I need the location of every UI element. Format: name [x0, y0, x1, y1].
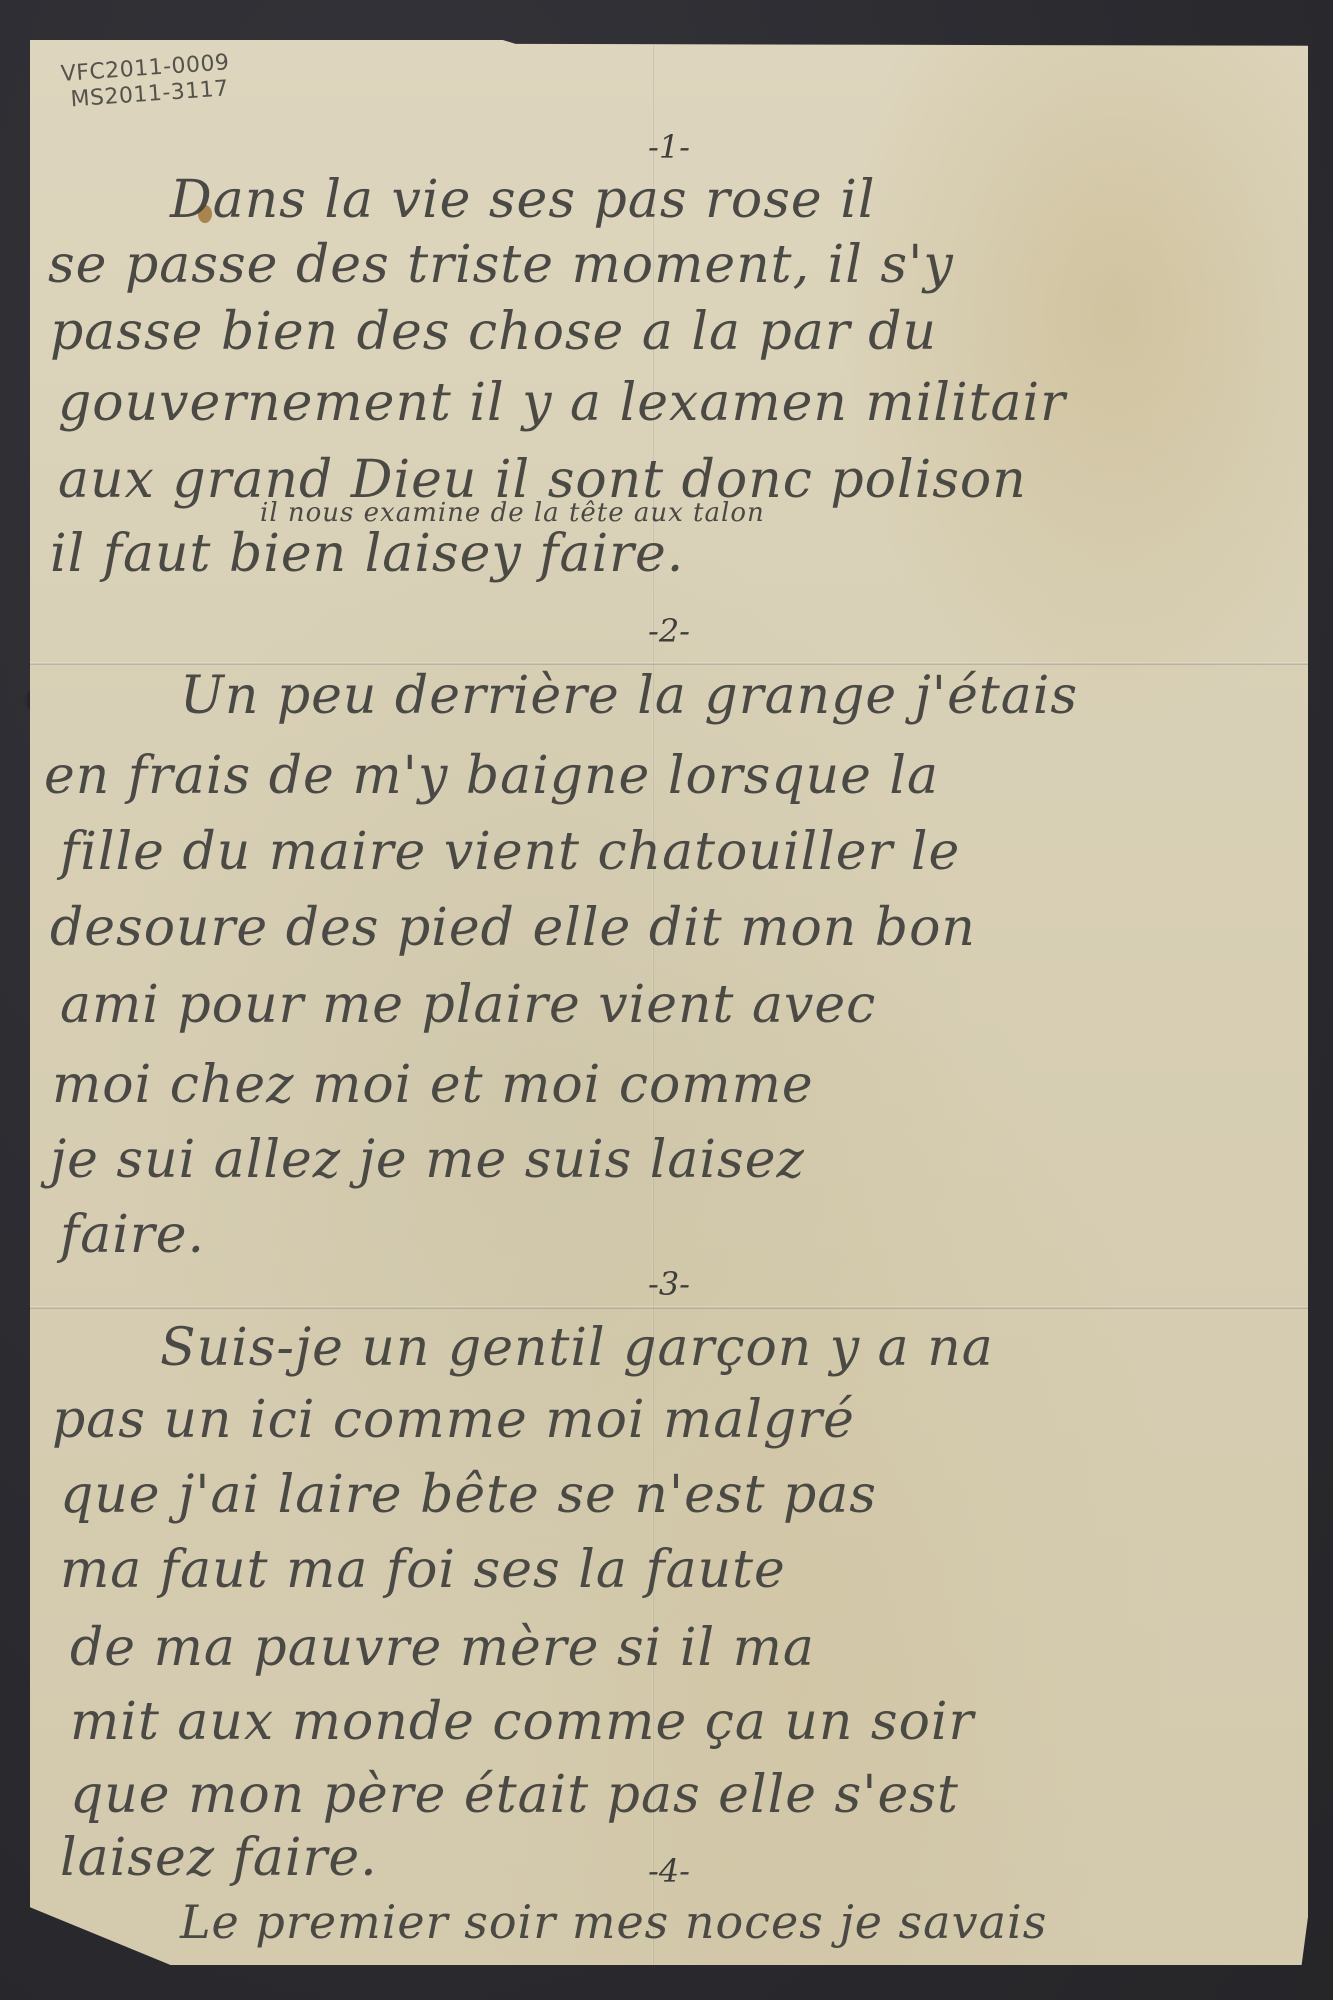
section-3-line-1: Suis-je un gentil garçon y a na: [160, 1318, 994, 1378]
section-number-3: -3-: [30, 1265, 1308, 1303]
section-number-4: -4-: [30, 1852, 1308, 1890]
section-1-line-1: Dans la vie ses pas rose il: [170, 170, 875, 230]
section-1-line-4: gouvernement il y a lexamen militair: [58, 373, 1066, 433]
horizontal-fold-crease-upper: [30, 662, 1308, 665]
section-2-line-1: Un peu derrière la grange j'étais: [180, 666, 1078, 726]
section-1-line-3: passe bien des chose a la par du: [50, 302, 937, 362]
section-2-line-6: moi chez moi et moi comme: [52, 1055, 814, 1115]
section-3-line-2: pas un ici comme moi malgré: [52, 1390, 855, 1450]
section-4-line-1: Le premier soir mes noces je savais: [180, 1892, 1047, 1952]
section-2-line-5: ami pour me plaire vient avec: [60, 975, 876, 1035]
section-3-line-4: ma faut ma foi ses la faute: [60, 1540, 786, 1600]
section-2-line-3: fille du maire vient chatouiller le: [60, 822, 960, 882]
section-3-line-6: mit aux monde comme ça un soir: [70, 1692, 974, 1752]
section-number-1: -1-: [30, 128, 1308, 166]
section-3-line-5: de ma pauvre mère si il ma: [70, 1618, 815, 1678]
section-1-line-6: il faut bien laisey faire.: [50, 524, 684, 584]
horizontal-fold-crease-lower: [30, 1306, 1308, 1309]
section-2-line-8: faire.: [60, 1205, 205, 1265]
catalog-annotation: VFC2011-0009 MS2011-3117: [60, 50, 232, 114]
section-2-line-4: desoure des pied elle dit mon bon: [50, 898, 976, 958]
section-2-line-2: en frais de m'y baigne lorsque la: [44, 746, 939, 806]
section-2-line-7: je sui allez je me suis laisez: [50, 1130, 805, 1190]
section-3-line-3: que j'ai laire bête se n'est pas: [60, 1465, 877, 1525]
section-number-2: -2-: [30, 612, 1308, 650]
section-1-line-2: se passe des triste moment, il s'y: [48, 235, 954, 295]
section-3-line-7: que mon père était pas elle s'est: [70, 1765, 959, 1825]
letter-page: VFC2011-0009 MS2011-3117 -1- Dans la vie…: [30, 40, 1308, 1965]
